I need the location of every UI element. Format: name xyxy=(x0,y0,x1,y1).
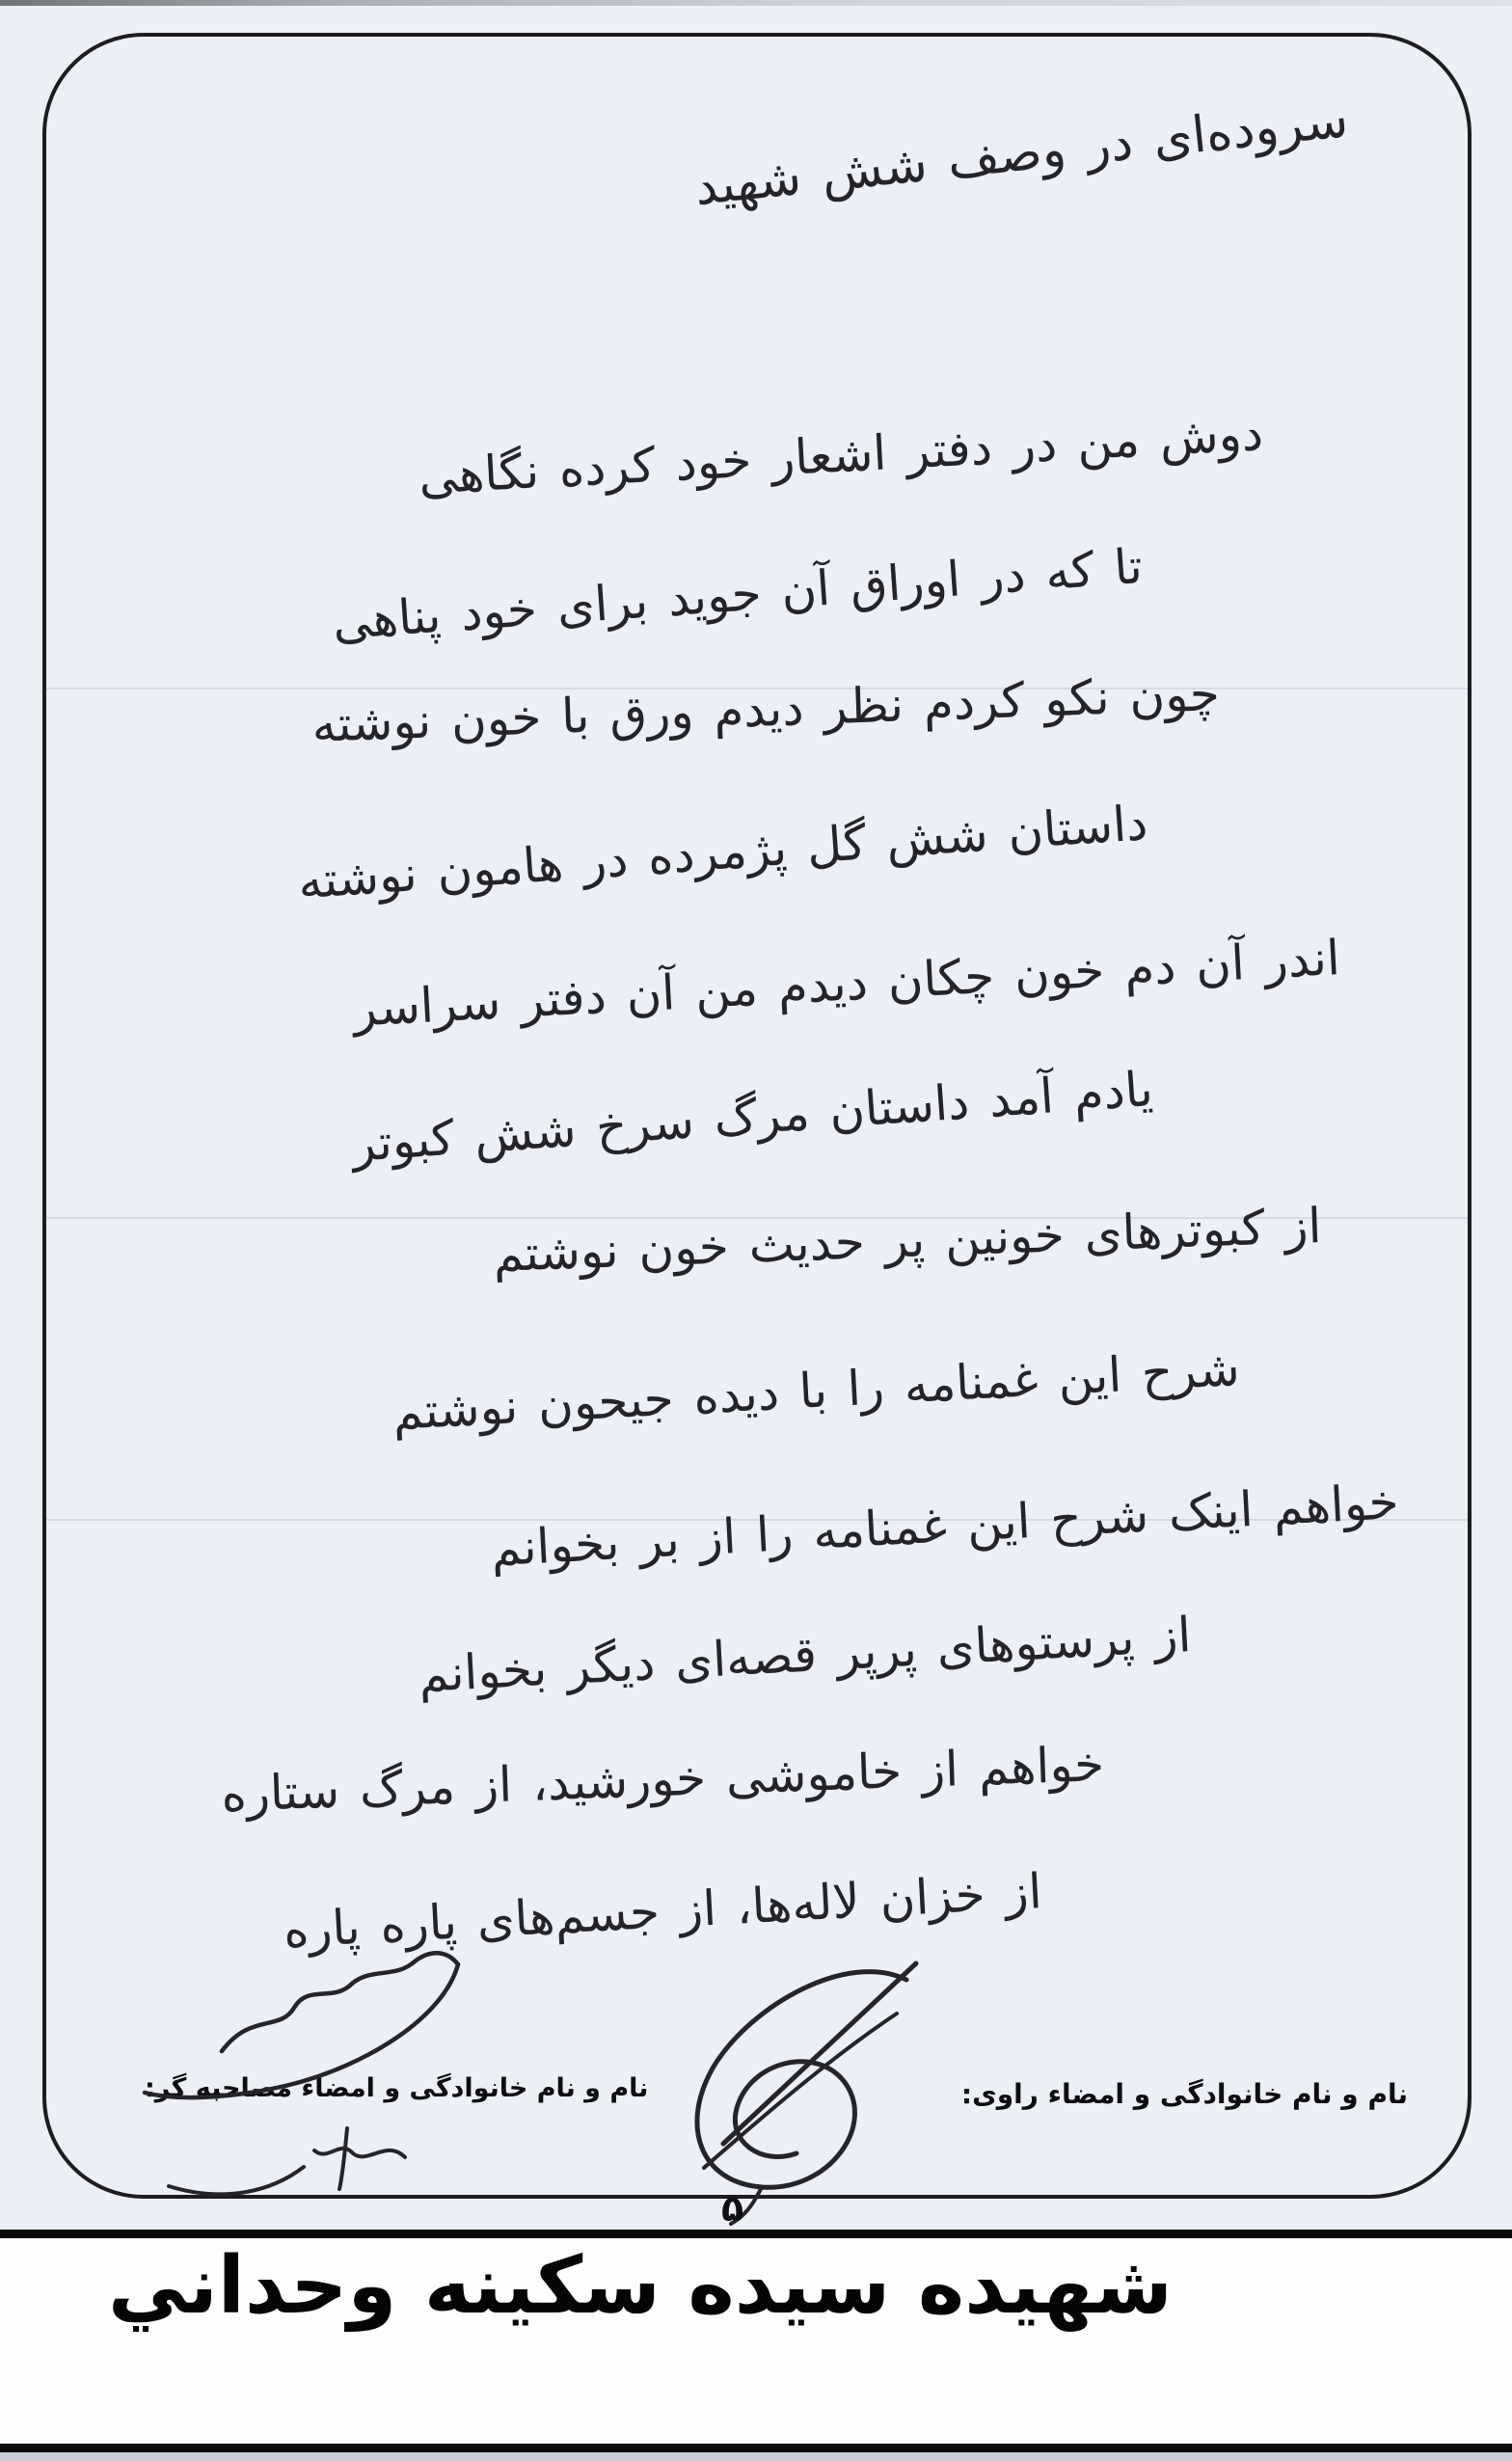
martyr-name-caption: شهيده سيده سكينه وحداني xyxy=(108,2240,1173,2332)
interviewer-signature xyxy=(125,1940,540,2230)
scanned-document-page: سروده‌ای در وصف شش شهید دوش من در دفتر ا… xyxy=(0,0,1512,2461)
scanner-edge-strip xyxy=(0,0,1512,6)
caption-band: شهيده سيده سكينه وحداني xyxy=(0,2230,1512,2452)
narrator-signature xyxy=(607,1946,926,2226)
narrator-name-signature-label: نام و نام خانوادگی و امضاء راوی: xyxy=(961,2078,1408,2110)
page-number: ۵ xyxy=(721,2187,743,2230)
scanner-edge-strip-bottom xyxy=(0,2452,1512,2461)
